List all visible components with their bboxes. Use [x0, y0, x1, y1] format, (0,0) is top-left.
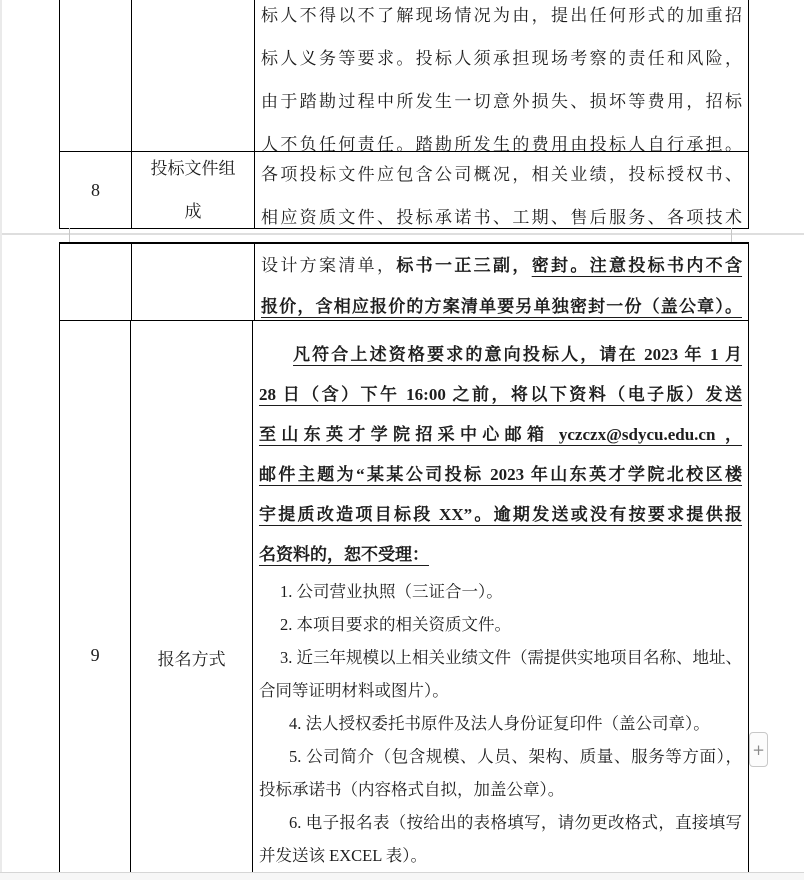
list-item-line: 投标承诺书（内容格式自拟，加盖公章）。: [259, 773, 742, 806]
row7-number-cell: [60, 0, 132, 151]
text-segment-bold: 标书一正三副，: [396, 256, 531, 275]
text-line: 报价，含相应报价的方案清单要另单独密封一份（盖公章）。: [261, 286, 742, 321]
list-item-line: 6. 电子报名表（按给出的表格填写，请勿更改格式，直接填写: [259, 806, 742, 839]
text-line: 相应资质文件、投标承诺书、工期、售后服务、各项技术: [261, 196, 742, 228]
text-segment-bold-underline: 报价，含相应报价的方案清单要另单独密封一份（盖公章）。: [261, 297, 742, 316]
row8-number-cell: 8: [60, 152, 132, 228]
table-row-8: 8 投标文件组 成 各项投标文件应包含公司概况，相关业绩，投标授权书、 相应资质…: [60, 152, 748, 228]
row-number: 9: [91, 645, 100, 665]
required-documents-list: 1. 公司营业执照（三证合一）。 2. 本项目要求的相关资质文件。 3. 近三年…: [259, 575, 742, 872]
text-segment-bold-underline: 宇提质改造项目标段 XX”。逾期发送或没有按要求提供报: [259, 505, 742, 524]
row7-label-cell: [132, 0, 255, 151]
text-segment-bold-underline: 至山东英才学院招采中心邮箱 yczczx@sdycu.edu.cn ，: [259, 425, 742, 444]
row-label-line: 投标文件组: [151, 152, 236, 190]
table-row-9: 9 报名方式 凡符合上述资格要求的意向投标人，请在 2023 年 1 月 28 …: [60, 321, 748, 872]
page-break-line: [0, 233, 804, 235]
text-segment-bold-underline: 邮件主题为“某某公司投标 2023 年山东英才学院北校区楼: [259, 465, 742, 484]
row9-number-cell: 9: [60, 321, 131, 872]
row8-content-cell: 各项投标文件应包含公司概况，相关业绩，投标授权书、 相应资质文件、投标承诺书、工…: [255, 152, 748, 228]
text-segment: 设计方案清单，: [261, 256, 396, 275]
page-edge-shadow: [0, 0, 2, 880]
text-line: 名资料的，恕不受理：: [259, 535, 742, 575]
row7-content-cell: 标人不得以不了解现场情况为由，提出任何形式的加重招 标人义务等要求。投标人须承担…: [255, 0, 748, 151]
text-line: 至山东英才学院招采中心邮箱 yczczx@sdycu.edu.cn ，: [259, 415, 742, 455]
plus-button[interactable]: +: [749, 732, 768, 767]
text-line: 28 日（含）下午 16:00 之前，将以下资料（电子版）发送: [259, 375, 742, 415]
tender-table-page2: 设计方案清单，标书一正三副，密封。注意投标书内不含 报价，含相应报价的方案清单要…: [59, 242, 749, 872]
list-item-line: 1. 公司营业执照（三证合一）。: [259, 575, 742, 608]
text-line: 人不负任何责任。踏勘所发生的费用由投标人自行承担。: [261, 123, 742, 152]
text-line: 由于踏勘过程中所发生一切意外损失、损坏等费用，招标: [261, 80, 742, 123]
list-item-line: 3. 近三年规模以上相关业绩文件（需提供实地项目名称、地址、: [259, 641, 742, 674]
row-label: 报名方式: [158, 650, 226, 669]
text-line: 标人义务等要求。投标人须承担现场考察的责任和风险，: [261, 37, 742, 80]
row8cont-number-cell: [60, 244, 132, 320]
text-line: 凡符合上述资格要求的意向投标人，请在 2023 年 1 月: [259, 335, 742, 375]
row8cont-label-cell: [132, 244, 255, 320]
viewport-bottom-band: [0, 873, 804, 880]
text-segment-bold-underline: 名资料的，恕不受理：: [259, 545, 429, 564]
table-row-8-continued: 设计方案清单，标书一正三副，密封。注意投标书内不含 报价，含相应报价的方案清单要…: [60, 244, 748, 321]
row8cont-content-cell: 设计方案清单，标书一正三副，密封。注意投标书内不含 报价，含相应报价的方案清单要…: [255, 244, 748, 320]
registration-notice-paragraph: 凡符合上述资格要求的意向投标人，请在 2023 年 1 月 28 日（含）下午 …: [259, 335, 742, 575]
list-item-line: 并发送该 EXCEL 表）。: [259, 839, 742, 872]
plus-icon: +: [752, 741, 765, 759]
row9-label-cell: 报名方式: [131, 321, 253, 872]
list-item-line: 2. 本项目要求的相关资质文件。: [259, 608, 742, 641]
text-line: 宇提质改造项目标段 XX”。逾期发送或没有按要求提供报: [259, 495, 742, 535]
list-item-line: 5. 公司简介（包含规模、人员、架构、质量、服务等方面），: [259, 740, 742, 773]
table-row-7: 标人不得以不了解现场情况为由，提出任何形式的加重招 标人义务等要求。投标人须承担…: [60, 0, 748, 152]
list-item-line: 合同等证明材料或图片）。: [259, 674, 742, 707]
text-line: 设计方案清单，标书一正三副，密封。注意投标书内不含: [261, 245, 742, 286]
tender-table-page1: 标人不得以不了解现场情况为由，提出任何形式的加重招 标人义务等要求。投标人须承担…: [59, 0, 749, 229]
row-label-line: 成: [185, 190, 202, 228]
row8-label-cell: 投标文件组 成: [132, 152, 255, 228]
text-line: 标人不得以不了解现场情况为由，提出任何形式的加重招: [261, 0, 742, 37]
text-line: 邮件主题为“某某公司投标 2023 年山东英才学院北校区楼: [259, 455, 742, 495]
text-line: 各项投标文件应包含公司概况，相关业绩，投标授权书、: [261, 153, 742, 196]
text-segment-bold-underline: 凡符合上述资格要求的意向投标人，请在 2023 年 1 月: [293, 345, 742, 364]
row-number: 8: [91, 180, 100, 201]
text-segment-bold-underline: 28 日（含）下午 16:00 之前，将以下资料（电子版）发送: [259, 385, 742, 404]
row9-content-cell: 凡符合上述资格要求的意向投标人，请在 2023 年 1 月 28 日（含）下午 …: [253, 321, 748, 872]
text-segment-bold-underline: 密封。注意投标书内不含: [532, 256, 742, 275]
list-item-line: 4. 法人授权委托书原件及法人身份证复印件（盖公司章）。: [259, 707, 742, 740]
document-viewer: 标人不得以不了解现场情况为由，提出任何形式的加重招 标人义务等要求。投标人须承担…: [0, 0, 804, 880]
